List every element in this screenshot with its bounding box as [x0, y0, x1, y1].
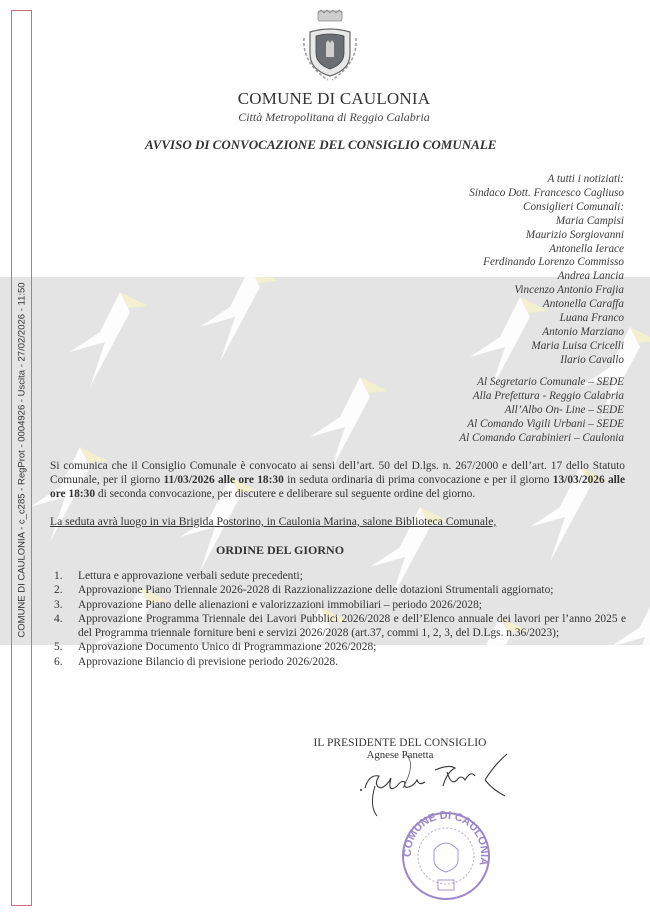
agenda-item: 6.Approvazione Bilancio di previsione pe…: [54, 655, 626, 669]
signer-role: IL PRESIDENTE DEL CONSIGLIO: [300, 737, 500, 749]
agenda-item-number: 2.: [54, 583, 63, 597]
recipient-councillor: Antonella Ierace: [469, 243, 624, 257]
recipient-office: All’Albo On- Line – SEDE: [459, 404, 624, 418]
meeting-venue: La seduta avrà luogo in via Brigida Post…: [50, 515, 496, 528]
agenda-item-number: 3.: [54, 598, 63, 612]
municipal-coat-of-arms-icon: [296, 8, 364, 88]
recipient-councillor: Antonella Caraffa: [469, 298, 624, 312]
page-subtitle: Città Metropolitana di Reggio Calabria: [0, 110, 650, 125]
notice-paragraph: Si comunica che il Consiglio Comunale è …: [50, 459, 625, 501]
recipient-office: Al Comando Carabinieri – Caulonia: [459, 432, 624, 446]
agenda-item-text: Approvazione Bilancio di previsione peri…: [78, 656, 338, 668]
recipient-councillor: Ferdinando Lorenzo Commisso: [469, 256, 624, 270]
agenda-item-number: 5.: [54, 640, 63, 654]
agenda-item: 5.Approvazione Documento Unico di Progra…: [54, 640, 626, 654]
agenda-item-text: Approvazione Programma Triennale dei Lav…: [78, 613, 626, 639]
agenda-item-number: 1.: [54, 569, 63, 583]
agenda-item: 3.Approvazione Piano delle alienazioni e…: [54, 598, 626, 612]
page-title: COMUNE DI CAULONIA: [0, 89, 650, 109]
agenda-item-text: Lettura e approvazione verbali sedute pr…: [78, 570, 303, 582]
recipient-councillor: Luana Franco: [469, 312, 624, 326]
councillors-label: Consiglieri Comunali:: [469, 201, 624, 215]
protocol-stamp: COMUNE DI CAULONIA - c_c285 - RegProt - …: [17, 282, 28, 637]
recipient-office: Al Segretario Comunale – SEDE: [459, 376, 624, 390]
agenda-item: 1.Lettura e approvazione verbali sedute …: [54, 569, 626, 583]
agenda-item: 2.Approvazione Piano Triennale 2026-2028…: [54, 583, 626, 597]
recipients-intro: A tutti i notiziati:: [469, 173, 624, 187]
agenda-item: 4.Approvazione Programma Triennale dei L…: [54, 612, 626, 641]
svg-text:COMUNE DI CAULONIA: COMUNE DI CAULONIA: [402, 810, 490, 867]
agenda-item-text: Approvazione Documento Unico di Programm…: [78, 641, 376, 653]
official-seal-icon: COMUNE DI CAULONIA: [400, 810, 492, 902]
agenda-title: ORDINE DEL GIORNO: [216, 543, 344, 558]
recipient-office: Alla Prefettura - Reggio Calabria: [459, 390, 624, 404]
agenda-item-text: Approvazione Piano delle alienazioni e v…: [78, 599, 482, 611]
agenda-item-number: 4.: [54, 612, 63, 626]
recipient-councillor: Maria Campisi: [469, 215, 624, 229]
recipient-office: Al Comando Vigili Urbani – SEDE: [459, 418, 624, 432]
recipient-councillor: Maurizio Sorgiovanni: [469, 229, 624, 243]
agenda-item-number: 6.: [54, 655, 63, 669]
recipient-councillor: Maria Luisa Cricelli: [469, 340, 624, 354]
recipient-councillor: Antonio Marziano: [469, 326, 624, 340]
recipients-list: A tutti i notiziati: Sindaco Dott. Franc…: [469, 173, 624, 368]
recipient-mayor: Sindaco Dott. Francesco Cagliuso: [469, 187, 624, 201]
recipient-councillor: Ilario Cavallo: [469, 354, 624, 368]
agenda-list: 1.Lettura e approvazione verbali sedute …: [54, 569, 626, 669]
first-convocation-date: 11/03/2026 alle ore 18:30: [163, 474, 283, 486]
notice-heading: AVVISO DI CONVOCAZIONE DEL CONSIGLIO COM…: [145, 137, 496, 153]
recipient-councillor: Andrea Lancia: [469, 270, 624, 284]
recipient-councillor: Vincenzo Antonio Frajia: [469, 284, 624, 298]
agenda-item-text: Approvazione Piano Triennale 2026-2028 d…: [78, 584, 553, 596]
offices-list: Al Segretario Comunale – SEDE Alla Prefe…: [459, 376, 624, 446]
